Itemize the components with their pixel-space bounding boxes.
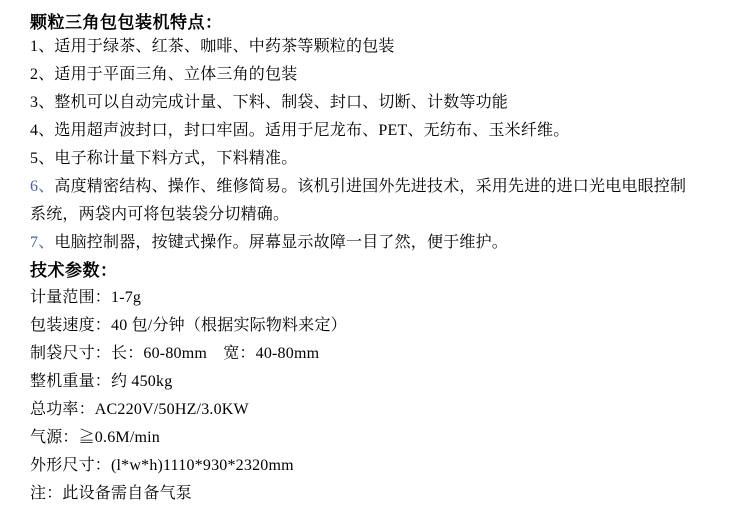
spec-line: 整机重量：约 450kg xyxy=(30,368,722,396)
feature-text: 电子称计量下料方式，下料精准。 xyxy=(54,150,297,167)
feature-number: 5、 xyxy=(30,150,54,167)
spec-text: 注：此设备需自备气泵 xyxy=(30,485,192,502)
specs-heading: 技术参数： xyxy=(30,257,722,284)
feature-line: 1、适用于绿茶、红茶、咖啡、中药茶等颗粒的包装 xyxy=(30,33,722,61)
feature-text: 选用超声波封口，封口牢固。适用于尼龙布、PET、无纺布、玉米纤维。 xyxy=(54,122,569,139)
spec-line: 注：此设备需自备气泵 xyxy=(30,480,722,508)
spec-text: 整机重量：约 450kg xyxy=(30,373,172,390)
feature-line-wrap: 系统，两袋内可将包装袋分切精确。 xyxy=(30,201,722,229)
feature-text: 高度精密结构、操作、维修简易。该机引进国外先进技术，采用先进的进口光电电眼控制 xyxy=(54,178,686,195)
feature-text: 系统，两袋内可将包装袋分切精确。 xyxy=(30,206,289,223)
feature-line: 5、电子称计量下料方式，下料精准。 xyxy=(30,145,722,173)
feature-line: 6、高度精密结构、操作、维修简易。该机引进国外先进技术，采用先进的进口光电电眼控… xyxy=(30,173,722,201)
spec-line: 外形尺寸：(l*w*h)1110*930*2320mm xyxy=(30,452,722,480)
spec-text: 计量范围：1-7g xyxy=(30,289,141,306)
feature-text: 电脑控制器，按键式操作。屏幕显示故障一目了然，便于维护。 xyxy=(54,234,508,251)
feature-text: 适用于绿茶、红茶、咖啡、中药茶等颗粒的包装 xyxy=(54,38,394,55)
feature-line: 3、整机可以自动完成计量、下料、制袋、封口、切断、计数等功能 xyxy=(30,89,722,117)
feature-number: 3、 xyxy=(30,94,54,111)
feature-line: 2、适用于平面三角、立体三角的包装 xyxy=(30,61,722,89)
spec-text: 包装速度：40 包/分钟（根据实际物料来定） xyxy=(30,317,347,334)
spec-text: 制袋尺寸：长：60-80mm 宽：40-80mm xyxy=(30,345,319,362)
document-page: { "colors": { "background": "#ffffff", "… xyxy=(0,0,750,511)
features-heading: 颗粒三角包包装机特点： xyxy=(30,12,722,33)
feature-number: 1、 xyxy=(30,38,54,55)
spec-text: 总功率：AC220V/50HZ/3.0KW xyxy=(30,401,249,418)
spec-line: 制袋尺寸：长：60-80mm 宽：40-80mm xyxy=(30,340,722,368)
feature-line: 4、选用超声波封口，封口牢固。适用于尼龙布、PET、无纺布、玉米纤维。 xyxy=(30,117,722,145)
product-spec-document: 颗粒三角包包装机特点： 1、适用于绿茶、红茶、咖啡、中药茶等颗粒的包装 2、适用… xyxy=(0,0,750,508)
feature-text: 整机可以自动完成计量、下料、制袋、封口、切断、计数等功能 xyxy=(54,94,508,111)
spec-text: 气源：≧0.6M/min xyxy=(30,429,160,446)
spec-text: 外形尺寸：(l*w*h)1110*930*2320mm xyxy=(30,457,294,474)
feature-text: 适用于平面三角、立体三角的包装 xyxy=(54,66,297,83)
spec-line: 总功率：AC220V/50HZ/3.0KW xyxy=(30,396,722,424)
spec-line: 计量范围：1-7g xyxy=(30,284,722,312)
spec-line: 气源：≧0.6M/min xyxy=(30,424,722,452)
feature-line: 7、电脑控制器，按键式操作。屏幕显示故障一目了然，便于维护。 xyxy=(30,229,722,257)
feature-number: 2、 xyxy=(30,66,54,83)
feature-number: 4、 xyxy=(30,122,54,139)
spec-line: 包装速度：40 包/分钟（根据实际物料来定） xyxy=(30,312,722,340)
feature-number: 7、 xyxy=(30,234,54,251)
feature-number: 6、 xyxy=(30,178,54,195)
